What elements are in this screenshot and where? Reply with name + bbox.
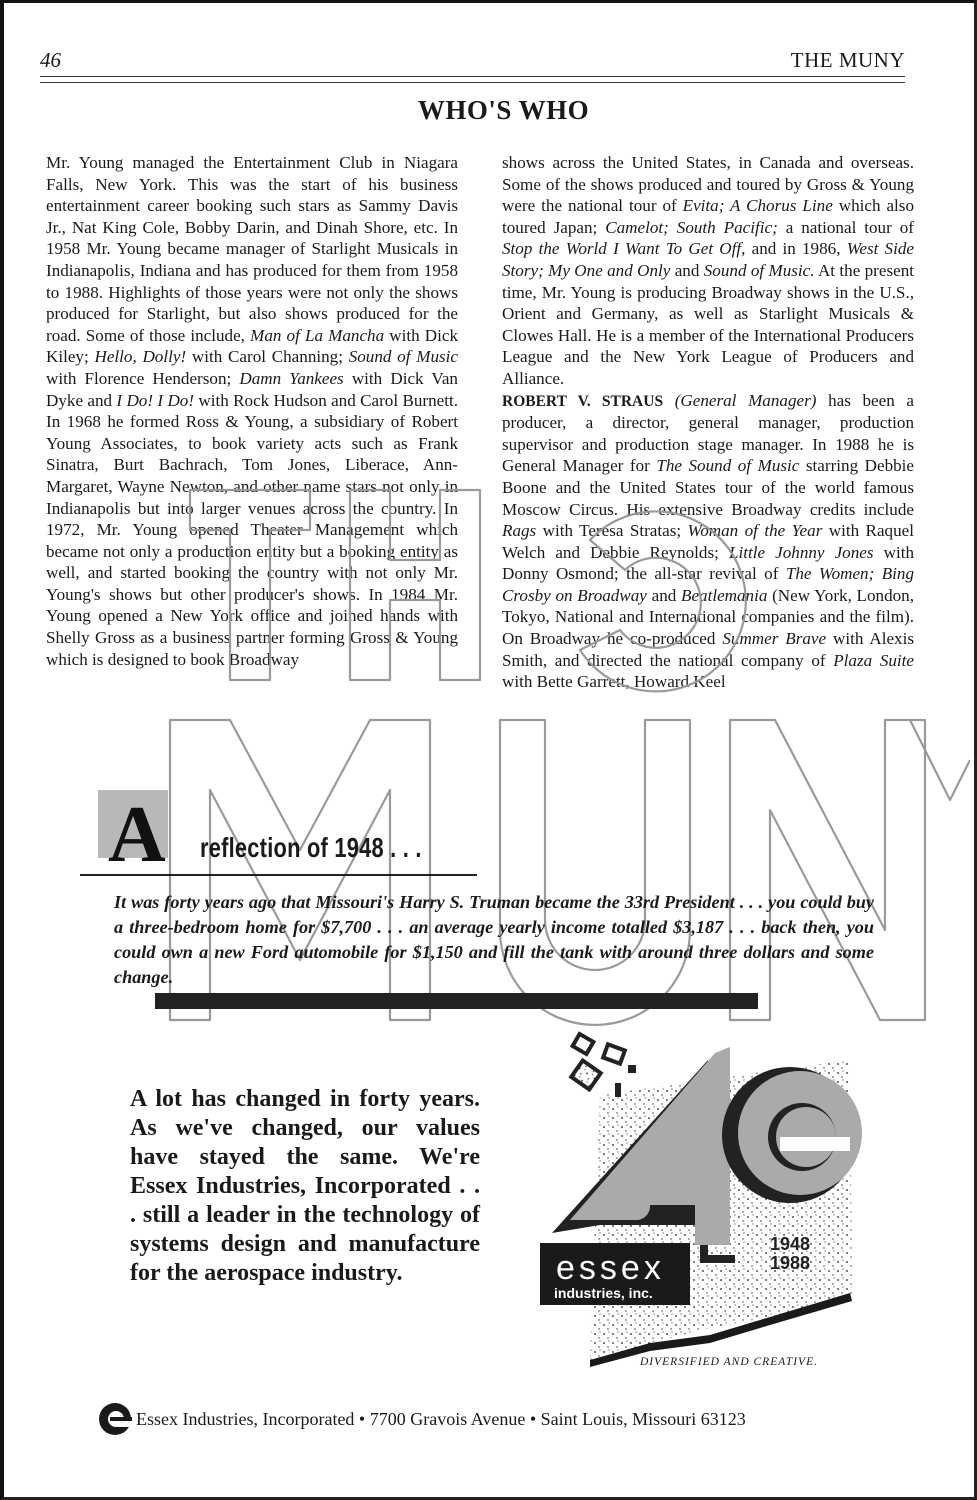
essex-e-logo-icon: [98, 1402, 132, 1436]
logo-tagline: DIVERSIFIED AND CREATIVE.: [640, 1356, 818, 1368]
logo-year-start: 1948: [770, 1234, 810, 1254]
header-rule-top: [40, 76, 905, 77]
running-head: 46 THE MUNY: [40, 48, 905, 78]
logo-brand: essex: [556, 1249, 665, 1287]
drop-cap-letter: A: [108, 795, 166, 875]
ad-body-copy: A lot has changed in forty years. As we'…: [130, 1085, 480, 1288]
company-address-line: Essex Industries, Incorporated • 7700 Gr…: [98, 1402, 746, 1436]
article-paragraph: shows across the United States, in Canad…: [502, 152, 914, 693]
header-rule-bottom: [40, 82, 905, 83]
logo-year-end: 1988: [770, 1253, 810, 1273]
logo-brand-sub: industries, inc.: [554, 1285, 653, 1301]
page-number: 46: [40, 48, 61, 73]
address-text: Essex Industries, Incorporated • 7700 Gr…: [136, 1409, 746, 1430]
article-column-right: shows across the United States, in Canad…: [502, 152, 914, 693]
essex-anniversary-logo: essex industries, inc. 1948 1988: [530, 1025, 870, 1370]
headline-rule: [80, 874, 477, 876]
article-paragraph: Mr. Young managed the Entertainment Club…: [46, 152, 458, 670]
ad-headline: reflection of 1948 . . .: [200, 832, 422, 864]
article-column-left: Mr. Young managed the Entertainment Club…: [46, 152, 458, 670]
ad-divider-bar: [155, 993, 758, 1009]
section-title: WHO'S WHO: [0, 95, 977, 126]
publication-title: THE MUNY: [791, 48, 905, 73]
ad-intro-text: It was forty years ago that Missouri's H…: [114, 890, 874, 990]
person-name: ROBERT V. STRAUS: [502, 393, 663, 410]
